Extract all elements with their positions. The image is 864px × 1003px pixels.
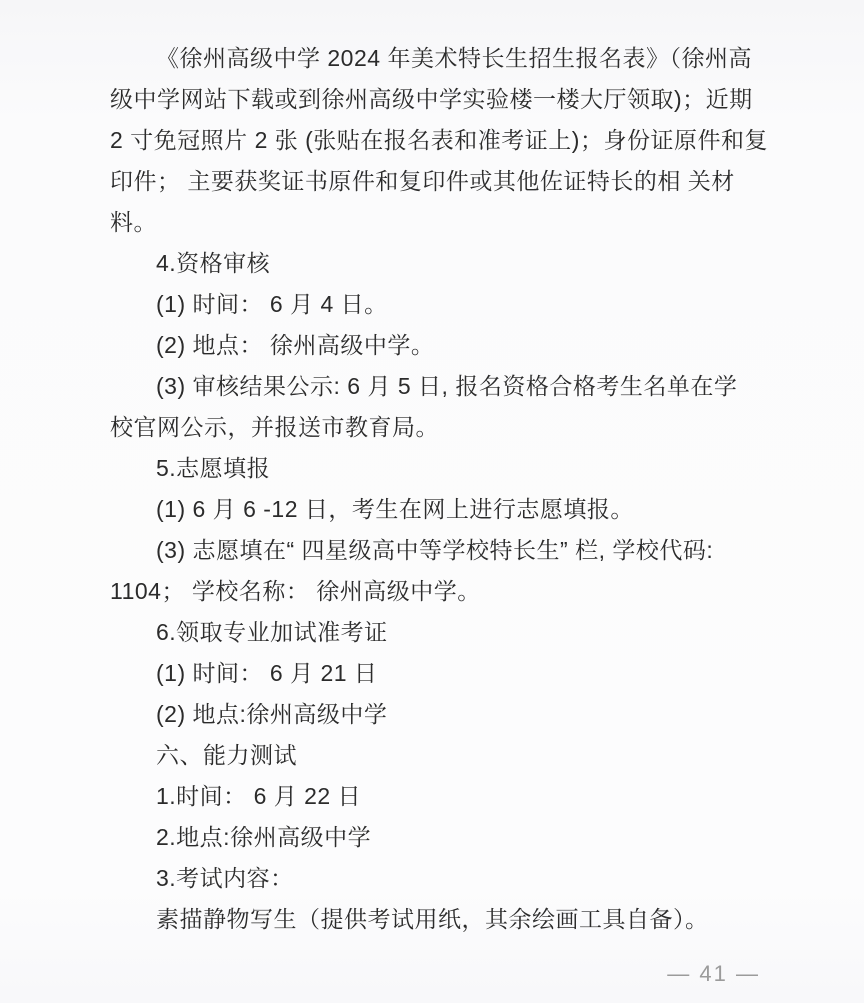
text-line: (2) 地点： 徐州高级中学。 bbox=[110, 325, 770, 366]
text-line: 2 寸免冠照片 2 张 (张贴在报名表和准考证上)；身份证原件和复 bbox=[110, 120, 770, 161]
text-line: 6.领取专业加试准考证 bbox=[110, 612, 770, 653]
text-line: 5.志愿填报 bbox=[110, 448, 770, 489]
text-line: 料。 bbox=[110, 202, 770, 243]
document-body: 《徐州高级中学 2024 年美术特长生招生报名表》（徐州高级中学网站下载或到徐州… bbox=[110, 38, 770, 940]
text-line: (1) 时间： 6 月 21 日 bbox=[110, 653, 770, 694]
text-line: 《徐州高级中学 2024 年美术特长生招生报名表》（徐州高 bbox=[110, 38, 770, 79]
text-line: (3) 审核结果公示: 6 月 5 日, 报名资格合格考生名单在学 bbox=[110, 366, 770, 407]
text-line: 印件； 主要获奖证书原件和复印件或其他佐证特长的相 关材 bbox=[110, 161, 770, 202]
document-page: 《徐州高级中学 2024 年美术特长生招生报名表》（徐州高级中学网站下载或到徐州… bbox=[0, 0, 864, 1003]
text-line: 2.地点:徐州高级中学 bbox=[110, 817, 770, 858]
text-line: (2) 地点:徐州高级中学 bbox=[110, 694, 770, 735]
text-line: 1104； 学校名称： 徐州高级中学。 bbox=[110, 571, 770, 612]
text-line: (3) 志愿填在“ 四星级高中等学校特长生” 栏, 学校代码: bbox=[110, 530, 770, 571]
text-line: 素描静物写生（提供考试用纸，其余绘画工具自备）。 bbox=[110, 899, 770, 940]
text-line: 3.考试内容： bbox=[110, 858, 770, 899]
text-line: (1) 6 月 6 -12 日，考生在网上进行志愿填报。 bbox=[110, 489, 770, 530]
text-line: 级中学网站下载或到徐州高级中学实验楼一楼大厅领取)；近期 bbox=[110, 79, 770, 120]
text-line: 校官网公示，并报送市教育局。 bbox=[110, 407, 770, 448]
page-number: — 41 — bbox=[667, 961, 760, 987]
text-line: 4.资格审核 bbox=[110, 243, 770, 284]
text-line: 六、能力测试 bbox=[110, 735, 770, 776]
text-line: (1) 时间： 6 月 4 日。 bbox=[110, 284, 770, 325]
text-line: 1.时间： 6 月 22 日 bbox=[110, 776, 770, 817]
